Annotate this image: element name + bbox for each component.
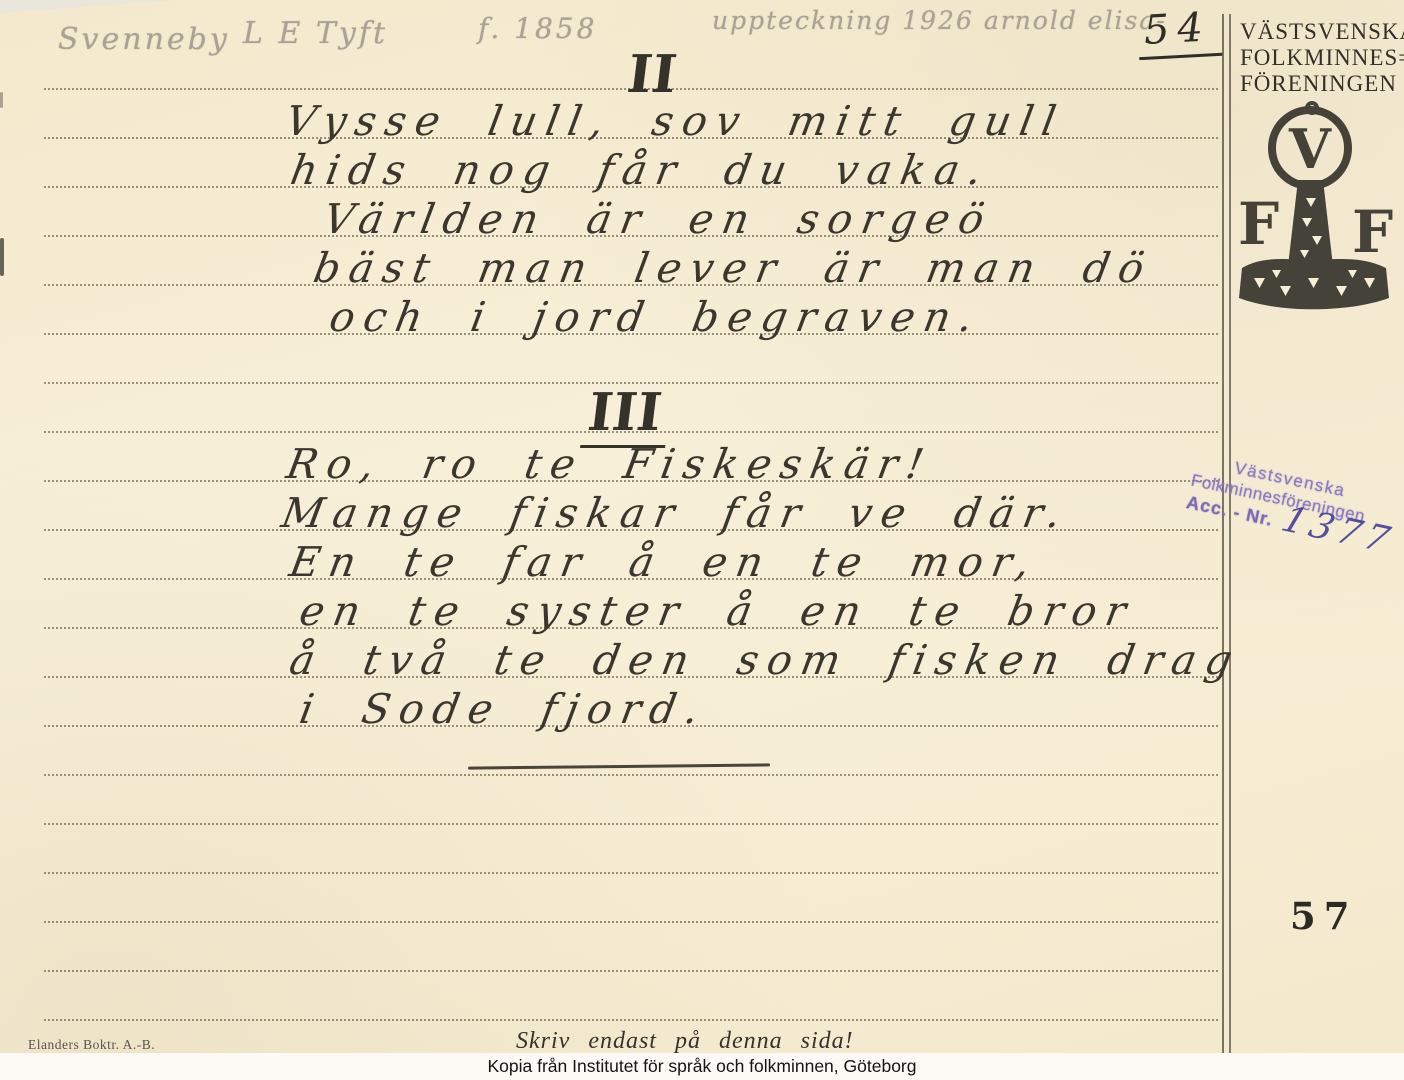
archive-copy-band: Kopia från Institutet för språk och folk… bbox=[0, 1053, 1404, 1080]
printer-imprint: Elanders Boktr. A.-B. bbox=[28, 1037, 155, 1053]
scan-corner-artifact bbox=[0, 0, 175, 13]
logo-letter-f-right: F bbox=[1352, 198, 1393, 266]
verse-line: Vysse lull, sov mitt gull bbox=[282, 97, 1069, 145]
verse-line: en te syster å en te bror bbox=[296, 587, 1139, 635]
scanned-manuscript-page: Svenneby L E Tyft f. 1858 uppteckning 19… bbox=[0, 0, 1404, 1080]
handwritten-page-number: 54 bbox=[1137, 4, 1223, 60]
logo-letter-f-left: F bbox=[1238, 190, 1279, 258]
archive-copy-note: Kopia från Institutet för språk och folk… bbox=[0, 1053, 1404, 1079]
ruled-line bbox=[44, 970, 1218, 972]
verse-line: Ro, ro te Fiskeskär! bbox=[283, 440, 936, 488]
ruled-line bbox=[44, 921, 1218, 923]
pencil-note-place: Svenneby bbox=[58, 22, 230, 57]
ruled-line bbox=[44, 774, 1218, 776]
hammer-shaft bbox=[1288, 180, 1333, 266]
verse-line: å två te den som fisken drag bbox=[286, 636, 1245, 684]
logo-letter-v: V bbox=[1288, 117, 1332, 181]
verse-line: och i jord begraven. bbox=[326, 293, 986, 341]
letterhead-line: FOLKMINNES= bbox=[1240, 45, 1404, 71]
ruled-line bbox=[44, 823, 1218, 825]
thors-hammer-logo: V F F bbox=[1236, 100, 1396, 318]
verse-line: bäst man lever är man dö bbox=[310, 244, 1157, 292]
end-of-verse-rule bbox=[468, 763, 770, 769]
margin-divider-rule bbox=[1222, 14, 1231, 1053]
ruled-line bbox=[44, 872, 1218, 874]
verse-line: i Sode fjord. bbox=[296, 685, 711, 733]
ruled-line bbox=[44, 1019, 1218, 1021]
section-heading-ii: II bbox=[624, 44, 680, 105]
printed-page-number: 57 bbox=[1290, 894, 1358, 938]
letterhead-org-name: VÄSTSVENSKA FOLKMINNES= FÖRENINGEN bbox=[1240, 19, 1404, 97]
accession-stamp: Västsvenska Folkminnesföreningen Acc. - … bbox=[1184, 449, 1404, 560]
letterhead-line: VÄSTSVENSKA bbox=[1240, 19, 1404, 45]
verse-line: hids nog får du vaka. bbox=[287, 146, 995, 194]
verse-line: Mange fiskar får ve där. bbox=[278, 489, 1074, 537]
pencil-note-birth-year: f. 1858 bbox=[478, 12, 597, 45]
letterhead-line: FÖRENINGEN bbox=[1240, 71, 1404, 97]
verse-line: Världen är en sorgeö bbox=[320, 195, 997, 243]
pencil-note-informant: L E Tyft bbox=[243, 16, 388, 51]
section-heading-iii: III bbox=[580, 382, 673, 448]
scan-edge-artifact bbox=[0, 92, 3, 108]
pencil-note-record: uppteckning 1926 arnold elisa- bbox=[712, 6, 1167, 35]
write-only-this-side-note: Skriv endast på denna sida! bbox=[516, 1028, 854, 1055]
scan-edge-artifact bbox=[0, 238, 4, 276]
verse-line: En te far å en te mor, bbox=[286, 538, 1042, 586]
